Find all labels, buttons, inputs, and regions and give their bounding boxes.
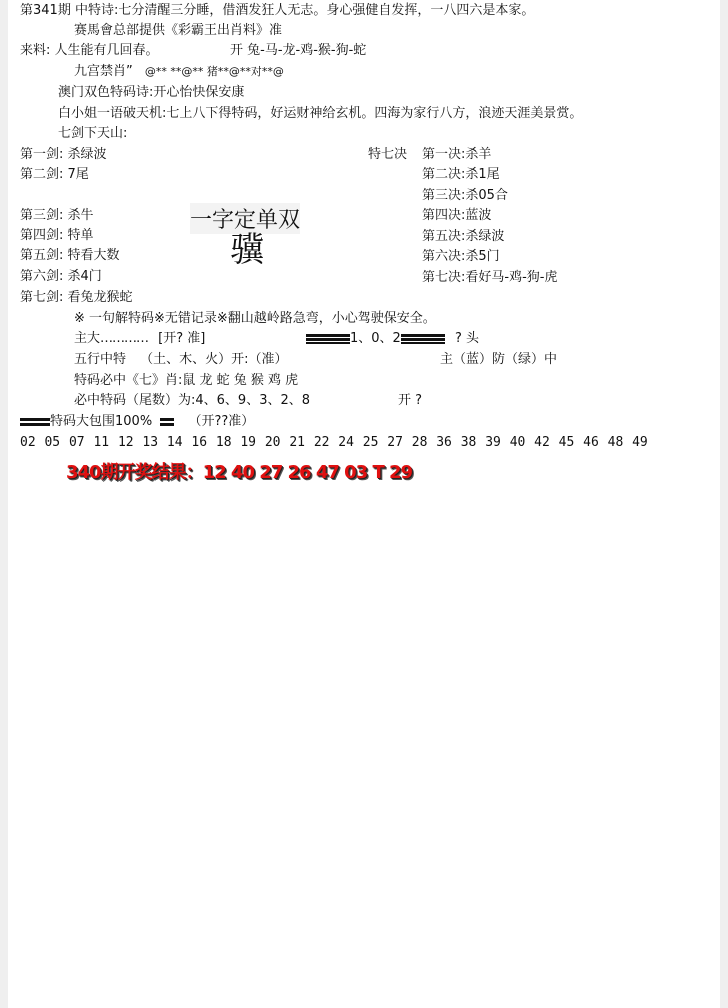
sword-item-2: 第二剑: 7尾 [20,166,89,184]
poem-text: 七分清醒三分睡，借酒发狂人无志。身心强健自发挥，一八四六是本家。 [118,3,534,18]
tail-open: 开 ? [398,392,422,410]
seven-zodiac-label: 特码必中《七》肖: [74,373,182,388]
source-line: 来料: 人生能有几回春。 [20,42,159,60]
trick-value: 蓝波 [465,208,491,223]
seven-zodiac-value: 鼠 龙 蛇 兔 猴 鸡 虎 [182,373,298,388]
main-big-bracket: [开? 准] [158,331,205,346]
trick-label: 第五决: [422,229,465,244]
tail-numbers-value: 4、6、9、3、2、8 [195,393,310,408]
nine-palace-label: 九宫禁肖” [74,64,133,79]
trick-label: 第二决: [422,167,465,182]
seven-zodiac-line: 特码必中《七》肖:鼠 龙 蛇 兔 猴 鸡 虎 [74,372,298,390]
five-elements-line: 五行中特 （土、木、火）开:（准） [74,351,288,369]
double-bar-icon [20,418,50,426]
big-range-numbers: 02 05 07 11 12 13 14 16 18 19 20 21 22 2… [20,434,648,452]
trick-item-7: 第七决:看好马-鸡-狗-虎 [422,269,557,287]
number: 27 [387,435,403,450]
dots: ………… [100,331,148,346]
number: 36 [436,435,452,450]
number: 12 [118,435,134,450]
open-label: 开 [230,43,243,58]
sword-item-1: 第一剑: 杀绿波 [20,146,107,164]
number: 28 [412,435,428,450]
number: 13 [142,435,158,450]
macau-poem-label: 澳门双色特码诗: [58,85,153,100]
number: 20 [265,435,281,450]
source-label: 来料: [20,43,50,58]
provider-line: 赛馬會总部提供《彩霸王出肖料》准 [74,22,282,40]
poem-line: 第341期 中特诗:七分清醒三分睡，借酒发狂人无志。身心强健自发挥，一八四六是本… [20,2,534,20]
number: 49 [632,435,648,450]
big-range-bracket: （开??准） [188,414,254,429]
five-elements-value: （土、木、火）开:（准） [140,352,287,367]
sword-value: 杀牛 [68,208,94,223]
tail-numbers-label: 必中特码（尾数）为: [74,393,195,408]
trick-value: 杀绿波 [465,229,504,244]
macau-poem-text: 开心怡快保安康 [153,85,244,100]
trick-label: 第四决: [422,208,465,223]
triple-bar-icon [401,334,445,344]
issue-number: 第341期 [20,3,71,18]
document-page: 第341期 中特诗:七分清醒三分睡，借酒发狂人无志。身心强健自发挥，一八四六是本… [8,0,720,1008]
head-values: 1、0、2 [350,331,401,346]
source-zodiacs: 兔-马-龙-鸡-猴-狗-蛇 [247,43,366,58]
triple-bar-icon [306,334,350,344]
number: 05 [44,435,60,450]
sword-item-5: 第五剑: 特看大数 [20,247,120,265]
sword-value: 杀绿波 [68,147,107,162]
sword-value: 7尾 [68,167,89,182]
sword-label: 第一剑: [20,147,63,162]
trick-value: 杀05合 [465,188,508,203]
sword-item-3: 第三剑: 杀牛 [20,207,94,225]
sword-label: 第三剑: [20,208,63,223]
sword-label: 第六剑: [20,269,63,284]
miss-bai-text: 七上八下得特码，好运财神给玄机。四海为家行八方，浪迹天涯美景赏。 [166,106,582,121]
big-range-label: 特码大包围100% [50,414,152,429]
number: 16 [191,435,207,450]
sword-item-4: 第四剑: 特单 [20,227,94,245]
sword-label: 第七剑: [20,290,63,305]
number: 48 [608,435,624,450]
trick-label: 第七决: [422,270,465,285]
number: 14 [167,435,183,450]
miss-bai-line: 白小姐一语破天机:七上八下得特码，好运财神给玄机。四海为家行八方，浪迹天涯美景赏… [58,105,582,123]
trick-item-4: 第四决:蓝波 [422,207,491,225]
number: 22 [314,435,330,450]
number: 45 [559,435,575,450]
nine-palace-line: 九宫禁肖” @** **@** 猪**@**对**@ [74,63,284,81]
trick-value: 杀羊 [465,147,491,162]
five-elements-label: 五行中特 [74,352,126,367]
trick-item-5: 第五决:杀绿波 [422,228,504,246]
head-suffix: ? 头 [455,331,479,346]
number: 24 [338,435,354,450]
one-sentence-line: ※ 一句解特码※无错记录※翻山越岭路急弯，小心驾驶保安全。 [74,310,436,328]
sword-item-7: 第七剑: 看兔龙猴蛇 [20,289,133,307]
number: 19 [240,435,256,450]
miss-bai-label: 白小姐一语破天机: [58,106,166,121]
number: 39 [485,435,501,450]
tail-numbers-line: 必中特码（尾数）为:4、6、9、3、2、8 [74,392,310,410]
sword-label: 第四剑: [20,228,63,243]
trick-item-3: 第三决:杀05合 [422,187,508,205]
trick-item-2: 第二决:杀1尾 [422,166,500,184]
double-bar-icon [160,418,174,426]
trick-value: 看好马-鸡-狗-虎 [465,270,557,285]
trick-label: 第一决: [422,147,465,162]
number: 42 [534,435,550,450]
sword-value: 特单 [68,228,94,243]
color-tip: 主（蓝）防（绿）中 [440,351,557,369]
number: 46 [583,435,599,450]
main-big-label: 主大 [74,331,100,346]
trick-item-1: 第一决:杀羊 [422,146,491,164]
sword-label: 第二剑: [20,167,63,182]
number: 07 [69,435,85,450]
sword-value: 杀4门 [68,269,102,284]
poem-label: 中特诗: [75,3,118,18]
sword-value: 看兔龙猴蛇 [68,290,133,305]
sword-value: 特看大数 [68,248,120,263]
trick-label: 第六决: [422,249,465,264]
trick-value: 杀5门 [465,249,499,264]
trick-item-6: 第六决:杀5门 [422,248,500,266]
source-text: 人生能有几回春。 [55,43,159,58]
sword-item-6: 第六剑: 杀4门 [20,268,102,286]
seven-tricks-title: 特七决 [368,146,407,164]
seven-swords-title: 七剑下天山: [58,125,127,143]
trick-label: 第三决: [422,188,465,203]
last-draw-result: 340期开奖结果：12 40 27 26 47 03 T 29 [66,458,412,484]
number: 40 [510,435,526,450]
one-word-char: 骥 [230,230,264,270]
source-zodiacs-line: 开 兔-马-龙-鸡-猴-狗-蛇 [230,42,366,60]
number: 21 [289,435,305,450]
number: 38 [461,435,477,450]
head-line: 1、0、2 ? 头 [306,330,479,348]
number: 18 [216,435,232,450]
main-big-line: 主大………… [开? 准] [74,330,205,348]
number: 02 [20,435,36,450]
number: 11 [93,435,109,450]
big-range-line: 特码大包围100% （开??准） [20,413,254,431]
sword-label: 第五剑: [20,248,63,263]
number: 25 [363,435,379,450]
macau-poem-line: 澳门双色特码诗:开心怡快保安康 [58,84,244,102]
trick-value: 杀1尾 [465,167,499,182]
nine-palace-text: @** **@** 猪**@**对**@ [145,65,284,78]
